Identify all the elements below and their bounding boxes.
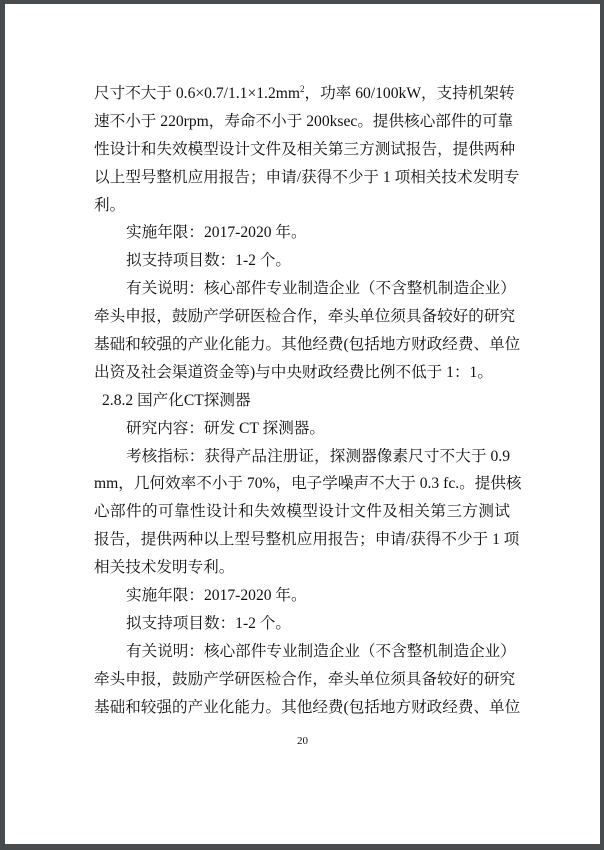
project-count-2: 拟支持项目数：1-2 个。	[94, 610, 510, 638]
notes-line-2: 牵头申报，鼓励产学研医检合作，牵头单位须具备较好的研究	[94, 303, 510, 331]
implementation-period-2: 实施年限：2017-2020 年。	[94, 582, 510, 610]
notes-line-4: 出资及社会渠道资金等)与中央财政经费比例不低于 1：1。	[94, 359, 510, 387]
text-line-3: 性设计和失效模型设计文件及相关第三方测试报告，提供两种	[94, 136, 510, 164]
implementation-period: 实施年限：2017-2020 年。	[94, 219, 510, 247]
notes-line-3: 基础和较强的产业化能力。其他经费(包括地方财政经费、单位	[94, 331, 510, 359]
research-content: 研究内容：研发 CT 探测器。	[94, 415, 510, 443]
indicators-line-3: 心部件的可靠性设计和失效模型设计文件及相关第三方测试	[94, 498, 510, 526]
text-line-5: 利。	[94, 192, 510, 220]
notes-2-line-1: 有关说明：核心部件专业制造企业（不含整机制造企业）	[94, 638, 510, 666]
document-page: 尺寸不大于 0.6×0.7/1.1×1.2mm2，功率 60/100kW，支持机…	[5, 4, 600, 844]
section-heading-2-8-2: 2.8.2 国产化CT探测器	[94, 387, 510, 415]
project-count: 拟支持项目数：1-2 个。	[94, 247, 510, 275]
notes-2-line-3: 基础和较强的产业化能力。其他经费(包括地方财政经费、单位	[94, 694, 510, 722]
text-line-4: 以上型号整机应用报告；申请/获得不少于 1 项相关技术发明专	[94, 164, 510, 192]
indicators-line-5: 相关技术发明专利。	[94, 554, 510, 582]
text-line-2: 速不小于 220rpm，寿命不小于 200ksec。提供核心部件的可靠	[94, 108, 510, 136]
notes-2-line-2: 牵头申报，鼓励产学研医检合作，牵头单位须具备较好的研究	[94, 666, 510, 694]
indicators-line-1: 考核指标：获得产品注册证，探测器像素尺寸不大于 0.9	[94, 443, 510, 471]
notes-line-1: 有关说明：核心部件专业制造企业（不含整机制造企业）	[94, 275, 510, 303]
page-number: 20	[5, 735, 600, 747]
page-body-text: 尺寸不大于 0.6×0.7/1.1×1.2mm2，功率 60/100kW，支持机…	[94, 80, 510, 721]
indicators-line-2: mm，几何效率不小于 70%，电子学噪声不大于 0.3 fc.。提供核	[94, 470, 510, 498]
indicators-line-4: 报告，提供两种以上型号整机应用报告；申请/获得不少于 1 项	[94, 526, 510, 554]
text-line-1: 尺寸不大于 0.6×0.7/1.1×1.2mm2，功率 60/100kW，支持机…	[94, 80, 510, 108]
